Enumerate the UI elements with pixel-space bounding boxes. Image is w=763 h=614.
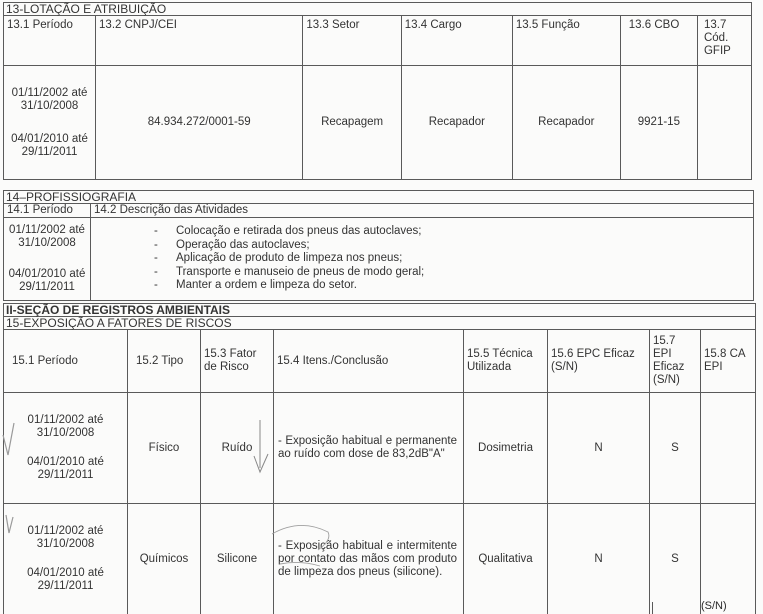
lotacao-atribuicao-table: 13-LOTAÇÃO E ATRIBUIÇÃO 13.1 Período 13.… [3,2,752,180]
tipo-value: Químicos [128,504,201,614]
activity-item: Manter a ordem e limpeza do setor. [154,279,750,293]
tecnica-value: Dosimetria [464,393,548,504]
header-epi: 15.7 EPI Eficaz (S/N) [650,330,701,393]
gfip-value [697,66,751,180]
conclusao-value: - Exposição habitual e permanente ao ruí… [274,393,464,504]
periodo-cell: 01/11/2002 até 31/10/2008 04/01/2010 até… [4,66,96,180]
epc-value: N [548,393,650,504]
header-cnpj: 13.2 CNPJ/CEI [96,16,303,66]
header-gfip: 13.7 Cód. GFIP [697,16,751,66]
fator-value: Ruído [201,393,274,504]
header-tecnica: 15.5 Técnica Utilizada [464,330,548,393]
activity-item: Operação das autoclaves; [154,239,750,253]
periodo-cell: 01/11/2002 até 31/10/2008 04/01/2010 até… [4,393,128,504]
activities-cell: Colocação e retirada dos pneus das autoc… [91,218,754,301]
table-row: 01/11/2002 até 31/10/2008 04/01/2010 até… [4,504,756,614]
section-15-title: 15-EXPOSIÇÃO A FATORES DE RISCOS [4,317,756,330]
table-row: 01/11/2002 até 31/10/2008 04/01/2010 até… [4,66,752,180]
period-2: 04/01/2010 até 29/11/2011 [7,567,124,593]
period-2: 04/01/2010 até 29/11/2011 [7,133,92,159]
periodo-cell: 01/11/2002 até 31/10/2008 04/01/2010 até… [4,504,128,614]
ca-value [701,393,756,504]
table-row: 01/11/2002 até 31/10/2008 04/01/2010 até… [4,393,756,504]
cnpj-value: 84.934.272/0001-59 [96,66,303,180]
section-ii-title: II-SEÇÃO DE REGISTROS AMBIENTAIS [4,304,756,317]
header-funcao: 13.5 Função [512,16,620,66]
header-periodo: 15.1 Período [4,330,128,393]
epi-value: S [650,504,701,614]
header-periodo: 14.1 Período [4,204,91,218]
activities-list: Colocação e retirada dos pneus das autoc… [94,225,750,293]
period-2: 04/01/2010 até 29/11/2011 [7,456,124,482]
exposicao-fatores-riscos-table: II-SEÇÃO DE REGISTROS AMBIENTAIS 15-EXPO… [3,303,756,614]
header-cbo: 13.6 CBO [620,16,697,66]
conclusao-value: - Exposição habitual e intermitente por … [274,504,464,614]
column-divider [652,602,653,614]
period-1: 01/11/2002 até 31/10/2008 [7,414,124,440]
period-1: 01/11/2002 até 31/10/2008 [7,525,124,551]
tipo-value: Físico [128,393,201,504]
header-tipo: 15.2 Tipo [128,330,201,393]
periodo-cell: 01/11/2002 até 31/10/2008 04/01/2010 até… [4,218,91,301]
header-ca-epi: 15.8 CA EPI [701,330,756,393]
profissiografia-table: 14–PROFISSIOGRAFIA 14.1 Período 14.2 Des… [3,190,754,301]
activity-item: Transporte e manuseio de pneus de modo g… [154,266,750,280]
period-1: 01/11/2002 até 31/10/2008 [7,224,87,250]
funcao-value: Recapador [512,66,620,180]
header-setor: 13.3 Setor [303,16,401,66]
period-2: 04/01/2010 até 29/11/2011 [7,268,87,294]
activity-item: Aplicação de produto de limpeza nos pneu… [154,252,750,266]
activity-item: Colocação e retirada dos pneus das autoc… [154,225,750,239]
next-table-row-partial: (S/N) [3,602,756,614]
section-13-title: 13-LOTAÇÃO E ATRIBUIÇÃO [4,3,752,16]
ca-value [701,504,756,614]
cargo-value: Recapador [401,66,512,180]
fator-value: Silicone [201,504,274,614]
header-descricao: 14.2 Descrição das Atividades [91,204,754,218]
header-periodo: 13.1 Período [4,16,96,66]
cbo-value: 9921-15 [620,66,697,180]
epi-value: S [650,393,701,504]
section-14-title: 14–PROFISSIOGRAFIA [4,191,754,204]
setor-value: Recapagem [303,66,401,180]
partial-header-sn: (S/N) [701,600,727,612]
header-fator-risco: 15.3 Fator de Risco [201,330,274,393]
ppp-form-page: 13-LOTAÇÃO E ATRIBUIÇÃO 13.1 Período 13.… [0,0,763,614]
table-row: 01/11/2002 até 31/10/2008 04/01/2010 até… [4,218,754,301]
period-1: 01/11/2002 até 31/10/2008 [7,87,92,113]
header-cargo: 13.4 Cargo [401,16,512,66]
header-itens-conclusao: 15.4 Itens./Conclusão [274,330,464,393]
epc-value: N [548,504,650,614]
tecnica-value: Qualitativa [464,504,548,614]
header-epc: 15.6 EPC Eficaz (S/N) [548,330,650,393]
